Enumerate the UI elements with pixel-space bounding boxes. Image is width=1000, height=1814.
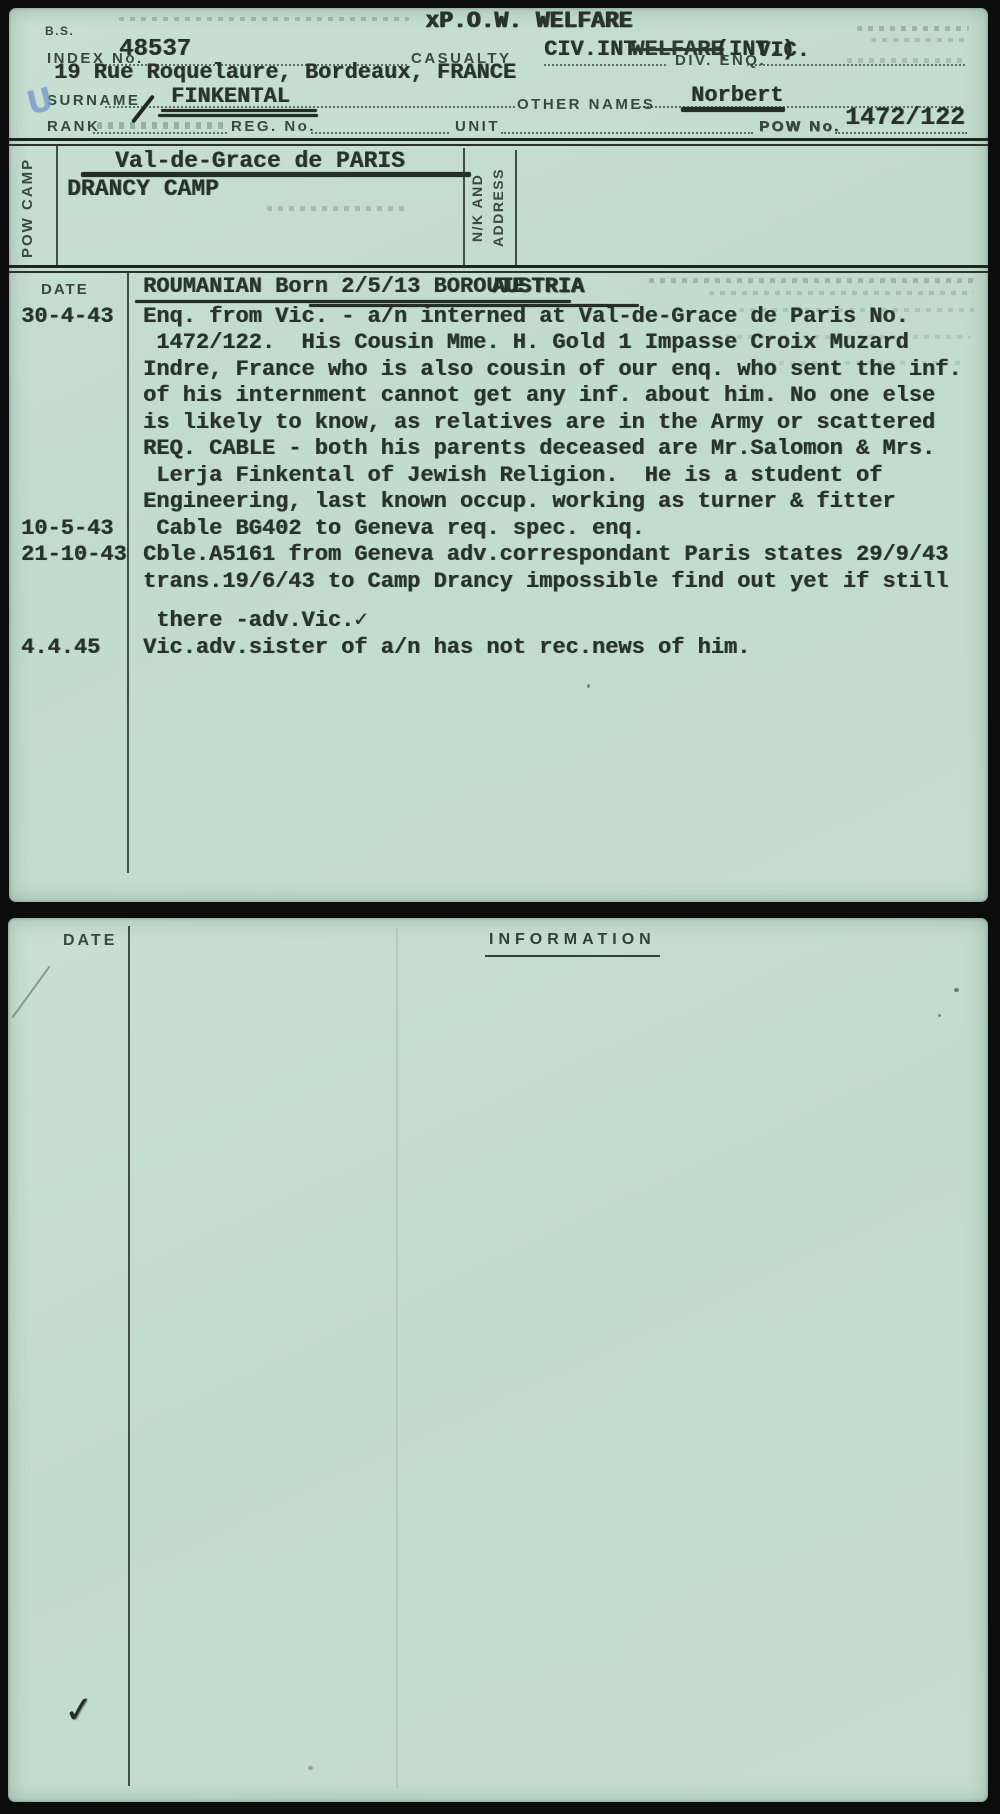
log-row-text: is likely to know, as relatives are in t… [127,410,935,437]
log-row-text: 1472/122. His Cousin Mme. H. Gold 1 Impa… [127,330,909,357]
vertical-rule [56,146,58,268]
log-row: of his internment cannot get any inf. ab… [9,383,988,410]
log-row-text: Indre, France who is also cousin of our … [127,357,962,384]
fiber-mark [11,966,50,1019]
log-row: 4.4.45Vic.adv.sister of a/n has not rec.… [9,635,988,662]
log-row: 10-5-43 Cable BG402 to Geneva req. spec.… [9,516,988,543]
log-row: 1472/122. His Cousin Mme. H. Gold 1 Impa… [9,330,988,357]
smudge [267,206,409,211]
double-rule [9,138,988,146]
index-no-value: 48537 [119,36,191,63]
log-row: trans.19/6/43 to Camp Drancy impossible … [9,569,988,596]
smudge [119,17,409,21]
dotted-rule [105,106,515,108]
log-row-text: Vic.adv.sister of a/n has not rec.news o… [127,635,750,662]
log-row: Indre, France who is also cousin of our … [9,357,988,384]
other-names-label: OTHER NAMES [517,96,655,113]
log-row-date [9,608,127,635]
log-row-text: there -adv.Vic.✓ [127,608,367,635]
log-row: 21-10-43Cble.A5161 from Geneva adv.corre… [9,542,988,569]
scanned-document-page: { "scan": { "card_front": { "corner_mark… [0,0,1000,1814]
pow-no-value: 1472/122 [845,103,965,132]
log-row: 30-4-43Enq. from Vic. - a/n interned at … [9,304,988,331]
vertical-rule [515,150,517,268]
pow-camp-entry: DRANCY CAMP [67,176,219,202]
log-row-text: trans.19/6/43 to Camp Drancy impossible … [127,569,948,596]
address-line: 19 Rue Roquelaure, Bordeaux, FRANCE [54,60,516,85]
pencil-scribble [97,122,225,129]
unit-label: UNIT [455,118,500,135]
log-row-date [9,410,127,437]
vertical-rule [463,148,465,268]
log-row-text: Enq. from Vic. - a/n interned at Val-de-… [127,304,909,331]
log-row-text: Cble.A5161 from Geneva adv.correspondant… [127,542,948,569]
dotted-rule [311,132,449,134]
log-row: Engineering, last known occup. working a… [9,489,988,516]
log-row-date [9,357,127,384]
casualty-typed: CIV.INT [544,37,636,62]
smudge [871,38,966,42]
speck [954,988,959,992]
log-row-date: 4.4.45 [9,635,127,662]
log-row-date [9,463,127,490]
double-rule [9,265,988,273]
speck [938,1014,941,1017]
nk-address-label: N/K AND ADDRESS [467,150,513,266]
heading-underline [135,300,571,303]
information-label: INFORMATION [485,931,660,957]
log-row-date: 21-10-43 [9,542,127,569]
date-column-header-cell: DATE [9,274,127,304]
log-row-text: Engineering, last known occup. working a… [127,489,896,516]
speck [587,684,590,688]
log-row-date: 10-5-43 [9,516,127,543]
date-column-divider [128,926,130,1786]
log-row-date [9,436,127,463]
underline [161,109,317,112]
dotted-rule [501,132,753,134]
log-row-date [9,489,127,516]
log-row-date [9,330,127,357]
corner-mark: B.S. [45,24,74,38]
smudge [857,26,969,31]
log-rows: DATE ROUMANIAN Born 2/5/13 BOROUTEAUSTRI… [9,274,988,661]
dotted-rule [747,64,965,66]
index-card-front: B.S. xP.O.W. WELFARE INDEX No. 48537 CAS… [9,8,988,902]
log-row-date [9,383,127,410]
div-enq-label: DIV. ENQ. [675,52,766,69]
log-row: Lerja Finkental of Jewish Religion. He i… [9,463,988,490]
underline [158,114,318,117]
div-enq-value: VIC. [757,38,810,63]
pow-no-label: POW No. [759,118,841,135]
heading-overtyped: AUSTRIA [492,274,584,299]
overtyped-title: xP.O.W. WELFARE [425,8,632,34]
crease [396,928,398,1788]
dotted-rule [835,132,967,134]
underline [681,107,785,112]
log-row-text: REQ. CABLE - both his parents deceased a… [127,436,935,463]
log-row-text: Lerja Finkental of Jewish Religion. He i… [127,463,882,490]
heading-typed: ROUMANIAN Born 2/5/13 BOROUTE [143,274,526,299]
reg-no-label: REG. No. [231,118,316,135]
log-row: is likely to know, as relatives are in t… [9,410,988,437]
smudge [847,58,965,63]
log-row: there -adv.Vic.✓ [9,608,988,635]
log-row-date [9,569,127,596]
blue-pencil-mark: U [23,79,57,122]
pow-camp-entry: Val-de-Grace de PARIS [115,148,405,174]
date-column-label: DATE [63,932,117,950]
pow-camp-label: POW CAMP [17,150,51,266]
log-row-date: 30-4-43 [9,304,127,331]
dotted-rule [93,132,227,134]
dotted-rule [544,64,666,66]
log-row: REQ. CABLE - both his parents deceased a… [9,436,988,463]
log-row-text: Cable BG402 to Geneva req. spec. enq. [127,516,645,543]
heading-underline [309,304,639,307]
surname-value: FINKENTAL [171,84,290,109]
other-names-value: Norbert [691,83,783,108]
date-column-label: DATE [21,277,89,304]
speck [308,1766,313,1770]
check-mark: ✓ [62,1689,96,1733]
index-card-reverse: DATE INFORMATION ✓ [8,918,988,1802]
log-row-text: of his internment cannot get any inf. ab… [127,383,935,410]
